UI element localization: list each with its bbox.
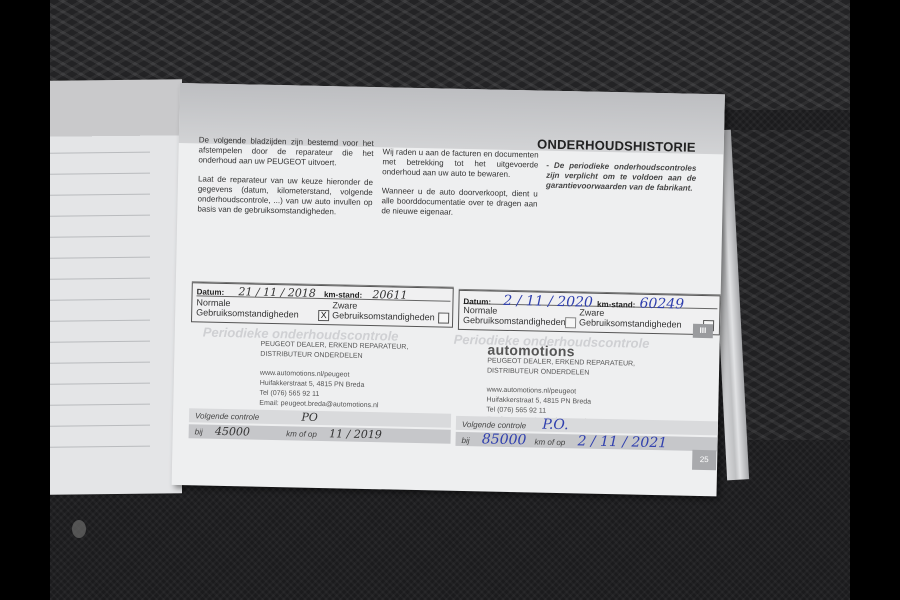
intro-left-column: De volgende bladzijden zijn bestemd voor…	[197, 135, 374, 227]
dealer-stamp: PEUGEOT DEALER, ERKEND REPARATEUR, DISTR…	[259, 340, 408, 412]
next-date-value: 11 / 2019	[329, 427, 382, 441]
normal-conditions-checkbox	[565, 317, 576, 328]
normal-conditions-label: Normale Gebruiksomstandigheden	[463, 305, 566, 327]
ruled-line	[50, 383, 150, 385]
next-service-label: Volgende controle	[462, 420, 526, 430]
page-number: 25	[692, 450, 716, 470]
service-entry-card: Datum: 2 / 11 / 2020 km-stand: 60249 Nor…	[455, 289, 720, 459]
mileage-label: km-stand:	[324, 290, 362, 300]
km-or-on-label: km of op	[534, 438, 565, 448]
seat-stain	[72, 520, 86, 538]
heavy-conditions-label: Zware Gebruiksomstandigheden	[579, 307, 682, 329]
ruled-line	[50, 215, 150, 217]
dealer-stamp: automotions PEUGEOT DEALER, ERKEND REPAR…	[486, 342, 636, 428]
intro-middle-column: Wij raden u aan de facturen en documente…	[381, 147, 539, 228]
date-label: Datum:	[197, 287, 225, 297]
at-label: bij	[461, 436, 469, 445]
warranty-note: - De periodieke onderhoudscontroles zijn…	[546, 161, 697, 194]
conditions-label: Gebruiksomstandigheden	[196, 307, 299, 319]
ruled-line	[50, 362, 150, 364]
intro-paragraph: Wij raden u aan de facturen en documente…	[382, 147, 539, 180]
next-service-label: Volgende controle	[195, 411, 259, 421]
intro-right-column: - De periodieke onderhoudscontroles zijn…	[546, 161, 697, 203]
ruled-line	[50, 446, 150, 448]
right-page: ONDERHOUDSHISTORIE De volgende bladzijde…	[172, 83, 725, 496]
ruled-line	[50, 320, 150, 322]
normal-conditions-checkbox: X	[318, 310, 329, 321]
normal-conditions-label: Normale Gebruiksomstandigheden	[196, 297, 299, 319]
car-seat-side-fabric	[730, 130, 850, 440]
intro-paragraph: De volgende bladzijden zijn bestemd voor…	[198, 135, 374, 169]
ruled-line	[50, 278, 150, 280]
km-or-on-label: km of op	[286, 429, 317, 439]
left-page	[50, 79, 182, 494]
next-date-value: 2 / 11 / 2021	[577, 433, 667, 451]
ruled-line	[50, 341, 150, 343]
ruled-line	[50, 173, 150, 175]
intro-paragraph: Laat de reparateur van uw keuze hieronde…	[197, 174, 373, 218]
conditions-label: Gebruiksomstandigheden	[332, 310, 435, 322]
service-entry-card: Datum: 21 / 11 / 2018 km-stand: 20611 No…	[188, 281, 453, 451]
ruled-line	[50, 194, 150, 196]
intro-paragraph: Wanneer u de auto doorverkoopt, dient u …	[381, 186, 538, 219]
conditions-label: Gebruiksomstandigheden	[579, 317, 682, 329]
next-service-km-row: bij 85000 km of op 2 / 11 / 2021	[455, 432, 717, 451]
ruled-line	[50, 404, 150, 406]
heavy-conditions-checkbox	[438, 312, 449, 323]
at-label: bij	[195, 427, 203, 436]
ruled-line	[50, 425, 150, 427]
conditions-label: Gebruiksomstandigheden	[463, 315, 566, 327]
ruled-line	[50, 257, 150, 259]
page-title: ONDERHOUDSHISTORIE	[537, 136, 696, 154]
next-service-value: PO	[301, 411, 318, 424]
service-entry-header: Datum: 2 / 11 / 2020 km-stand: 60249 Nor…	[458, 290, 721, 335]
next-km-value: 85000	[482, 431, 527, 448]
ruled-line	[50, 152, 150, 154]
next-km-value: 45000	[215, 425, 250, 439]
mileage-value: 20611	[372, 288, 407, 302]
ruled-line	[50, 299, 150, 301]
section-tab-marker: III	[693, 324, 713, 338]
ruled-line	[50, 236, 150, 238]
heavy-conditions-label: Zware Gebruiksomstandigheden	[332, 300, 435, 322]
next-service-value: P.O.	[542, 417, 568, 434]
service-entry-header: Datum: 21 / 11 / 2018 km-stand: 20611 No…	[191, 282, 454, 327]
next-service-km-row: bij 45000 km of op 11 / 2019	[189, 424, 451, 443]
